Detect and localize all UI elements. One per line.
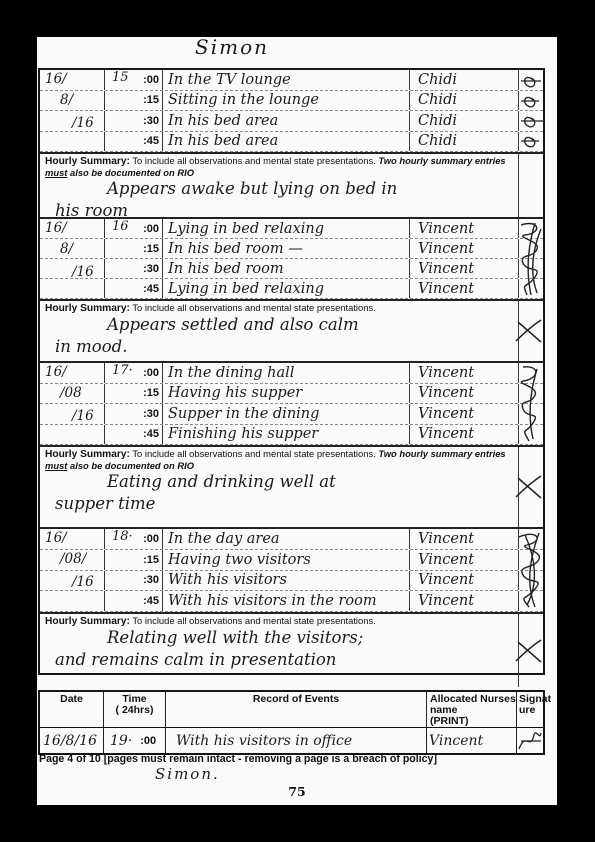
nurse-name: Vincent (410, 384, 519, 404)
signature-cell (519, 363, 543, 383)
summary-label: Hourly Summary: To include all observati… (45, 155, 513, 167)
signature-cell (519, 550, 543, 570)
table-row: :30 Supper in the dining Vincent (40, 404, 543, 425)
nurse-name: Chidi (410, 111, 519, 131)
summary-handwritten: Appears settled and also calm (45, 314, 513, 336)
time-cell: :15 (105, 239, 163, 258)
table-row: :45 In his bed area Chidi (40, 132, 543, 153)
events-header: Record of Events (166, 692, 427, 727)
footer-signature-name: Simon. (155, 765, 220, 783)
time-label: :30 (143, 574, 159, 586)
record-date: 16/8/16 (40, 728, 104, 753)
date-cell (40, 404, 105, 424)
summary-label-line2: must also be documented on RIO (45, 460, 513, 471)
summary-content: Hourly Summary: To include all observati… (40, 614, 519, 687)
signature-cell (519, 132, 543, 152)
time-label: :30 (143, 408, 159, 420)
nurse-name: Chidi (410, 70, 519, 90)
date-cell (40, 591, 105, 611)
time-cell: :15 (105, 550, 163, 570)
time-label: :45 (143, 595, 159, 607)
signature-cell (519, 111, 543, 131)
date-cell (40, 279, 105, 298)
date-cell (40, 425, 105, 445)
event-text: In his bed room — (163, 239, 410, 258)
observation-table: 15 :00 In the TV lounge Chidi :15 Sittin… (38, 68, 545, 675)
event-text: Lying in bed relaxing (163, 219, 410, 238)
time-cell: :30 (105, 259, 163, 278)
date-cell (40, 132, 105, 152)
summary-handwritten: supper time (45, 493, 513, 515)
table-row: :30 With his visitors Vincent (40, 571, 543, 592)
summary-handwritten: his room (45, 200, 513, 217)
hour-handwritten: 18· (112, 529, 133, 544)
time-cell: :30 (105, 404, 163, 424)
time-label: :30 (143, 263, 159, 275)
time-label: :15 (143, 243, 159, 255)
page-policy-note: Page 4 of 10 [pages must remain intact -… (39, 753, 437, 765)
date-cell (40, 91, 105, 111)
summary-handwritten: Eating and drinking well at (45, 471, 513, 493)
signature-cell (519, 529, 543, 549)
record-table: Date Time ( 24hrs) Record of Events Allo… (38, 690, 545, 755)
summary-signature-cell (519, 447, 543, 527)
time-cell: 17· :00 (105, 363, 163, 383)
event-text: In the TV lounge (163, 70, 410, 90)
signature-cell (519, 404, 543, 424)
nurse-name: Vincent (410, 279, 519, 298)
nurse-name: Vincent (410, 363, 519, 383)
event-text: Having his supper (163, 384, 410, 404)
table-row: 15 :00 In the TV lounge Chidi (40, 70, 543, 91)
time-cell: :45 (105, 425, 163, 445)
signature-cell (519, 239, 543, 258)
time-label: :45 (143, 283, 159, 295)
summary-signature-cell (519, 614, 543, 687)
summary-handwritten: in mood. (45, 336, 513, 358)
hour-handwritten: 15 (112, 70, 129, 85)
summary-label: Hourly Summary: To include all observati… (45, 302, 513, 314)
hour-handwritten: 16 (112, 219, 129, 234)
event-text: In his bed area (163, 132, 410, 152)
summary-label: Hourly Summary: To include all observati… (45, 615, 513, 627)
summary-signature-cell (519, 301, 543, 361)
summary-label-line2: must also be documented on RIO (45, 167, 513, 178)
page-number: 75 (288, 784, 305, 799)
summary-content: Hourly Summary: To include all observati… (40, 154, 519, 217)
time-cell: :30 (105, 571, 163, 591)
signature-cell (519, 70, 543, 90)
time-cell: 18· :00 (105, 529, 163, 549)
date-cell (40, 529, 105, 549)
event-text: Supper in the dining (163, 404, 410, 424)
signature-cell (519, 571, 543, 591)
nurse-name: Vincent (410, 529, 519, 549)
signature-cell (519, 219, 543, 238)
signature-cell (519, 91, 543, 111)
time-label: :30 (143, 115, 159, 127)
table-row: 17· :00 In the dining hall Vincent (40, 363, 543, 384)
event-text: With his visitors (163, 571, 410, 591)
time-label: :00 (143, 74, 159, 86)
table-row: :15 Having his supper Vincent (40, 384, 543, 405)
observation-block-4: 18· :00 In the day area Vincent :15 Havi… (40, 529, 543, 614)
date-cell (40, 239, 105, 258)
summary-content: Hourly Summary: To include all observati… (40, 447, 519, 527)
table-row: :45 Finishing his supper Vincent (40, 425, 543, 446)
date-cell (40, 571, 105, 591)
event-text: With his visitors in the room (163, 591, 410, 611)
event-text: Lying in bed relaxing (163, 279, 410, 298)
signature-cell (519, 425, 543, 445)
time-cell: :45 (105, 279, 163, 298)
nurses-header: Allocated Nurses name (PRINT) (427, 692, 517, 727)
nurse-name: Vincent (410, 550, 519, 570)
summary-handwritten: Relating well with the visitors; (45, 627, 513, 649)
document-page: Simon 15 :00 In the TV lounge Chidi :15 … (37, 37, 557, 805)
table-row: :15 Having two visitors Vincent (40, 550, 543, 571)
date-cell (40, 363, 105, 383)
table-row: :45 Lying in bed relaxing Vincent (40, 279, 543, 299)
table-row: 18· :00 In the day area Vincent (40, 529, 543, 550)
date-cell (40, 70, 105, 90)
patient-name-handwritten: Simon (195, 35, 269, 59)
summary-content: Hourly Summary: To include all observati… (40, 301, 519, 361)
summary-handwritten: Appears awake but lying on bed in (45, 178, 513, 200)
event-text: In his bed room (163, 259, 410, 278)
time-cell: 16 :00 (105, 219, 163, 238)
record-time: 19· :00 (104, 728, 166, 753)
hourly-summary-4: Hourly Summary: To include all observati… (40, 614, 543, 687)
summary-handwritten: and remains calm in presentation (45, 649, 513, 671)
table-row: :15 In his bed room — Vincent (40, 239, 543, 259)
record-event: With his visitors in office (166, 728, 427, 753)
scanned-document: { "colors": {"scan_background": "#000000… (0, 0, 595, 842)
event-text: Finishing his supper (163, 425, 410, 445)
event-text: In his bed area (163, 111, 410, 131)
time-cell: :15 (105, 91, 163, 111)
time-label: :15 (143, 554, 159, 566)
date-header: Date (40, 692, 104, 727)
time-cell: 15 :00 (105, 70, 163, 90)
table-row: :30 In his bed room Vincent (40, 259, 543, 279)
signature-cell (519, 384, 543, 404)
nurse-name: Vincent (410, 591, 519, 611)
date-cell (40, 384, 105, 404)
hour-handwritten: 19· (104, 733, 132, 749)
record-nurse: Vincent (427, 728, 517, 753)
hourly-summary-3: Hourly Summary: To include all observati… (40, 447, 543, 529)
table-row: :30 In his bed area Chidi (40, 111, 543, 132)
time-label: :00 (143, 533, 159, 545)
observation-block-2: 16 :00 Lying in bed relaxing Vincent :15… (40, 219, 543, 301)
nurse-name: Vincent (410, 239, 519, 258)
time-cell: :30 (105, 111, 163, 131)
x-mark (513, 317, 543, 345)
nurse-name: Vincent (410, 259, 519, 278)
time-label: :45 (143, 428, 159, 440)
record-table-header: Date Time ( 24hrs) Record of Events Allo… (40, 692, 543, 728)
record-signature (517, 728, 543, 753)
date-cell (40, 550, 105, 570)
time-cell: :15 (105, 384, 163, 404)
signature-cell (519, 591, 543, 611)
event-text: Sitting in the lounge (163, 91, 410, 111)
nurse-name: Vincent (410, 219, 519, 238)
signature-header: Signat ure (517, 692, 543, 727)
nurse-name: Chidi (410, 91, 519, 111)
date-cell (40, 219, 105, 238)
signature-cell (519, 259, 543, 278)
time-label: :00 (140, 735, 156, 747)
signature-cell (519, 279, 543, 298)
hourly-summary-1: Hourly Summary: To include all observati… (40, 154, 543, 219)
summary-signature-cell (519, 154, 543, 217)
summary-label: Hourly Summary: To include all observati… (45, 448, 513, 460)
hour-handwritten: 17· (112, 363, 133, 378)
table-row: 16 :00 Lying in bed relaxing Vincent (40, 219, 543, 239)
x-mark (513, 637, 543, 665)
event-text: In the dining hall (163, 363, 410, 383)
time-label: :45 (143, 135, 159, 147)
event-text: In the day area (163, 529, 410, 549)
date-cell (40, 111, 105, 131)
time-label: :15 (143, 94, 159, 106)
time-cell: :45 (105, 591, 163, 611)
record-row: 16/8/16 19· :00 With his visitors in off… (40, 728, 543, 753)
time-label: :15 (143, 387, 159, 399)
time-label: :00 (143, 223, 159, 235)
signature-scribble (517, 729, 543, 753)
x-mark (513, 473, 543, 501)
nurse-name: Chidi (410, 132, 519, 152)
nurse-name: Vincent (410, 571, 519, 591)
hourly-summary-2: Hourly Summary: To include all observati… (40, 301, 543, 363)
table-row: :45 With his visitors in the room Vincen… (40, 591, 543, 612)
time-header: Time ( 24hrs) (104, 692, 166, 727)
event-text: Having two visitors (163, 550, 410, 570)
observation-block-1: 15 :00 In the TV lounge Chidi :15 Sittin… (40, 70, 543, 154)
time-label: :00 (143, 367, 159, 379)
observation-block-3: 17· :00 In the dining hall Vincent :15 H… (40, 363, 543, 447)
nurse-name: Vincent (410, 404, 519, 424)
time-cell: :45 (105, 132, 163, 152)
table-row: :15 Sitting in the lounge Chidi (40, 91, 543, 112)
date-cell (40, 259, 105, 278)
nurse-name: Vincent (410, 425, 519, 445)
